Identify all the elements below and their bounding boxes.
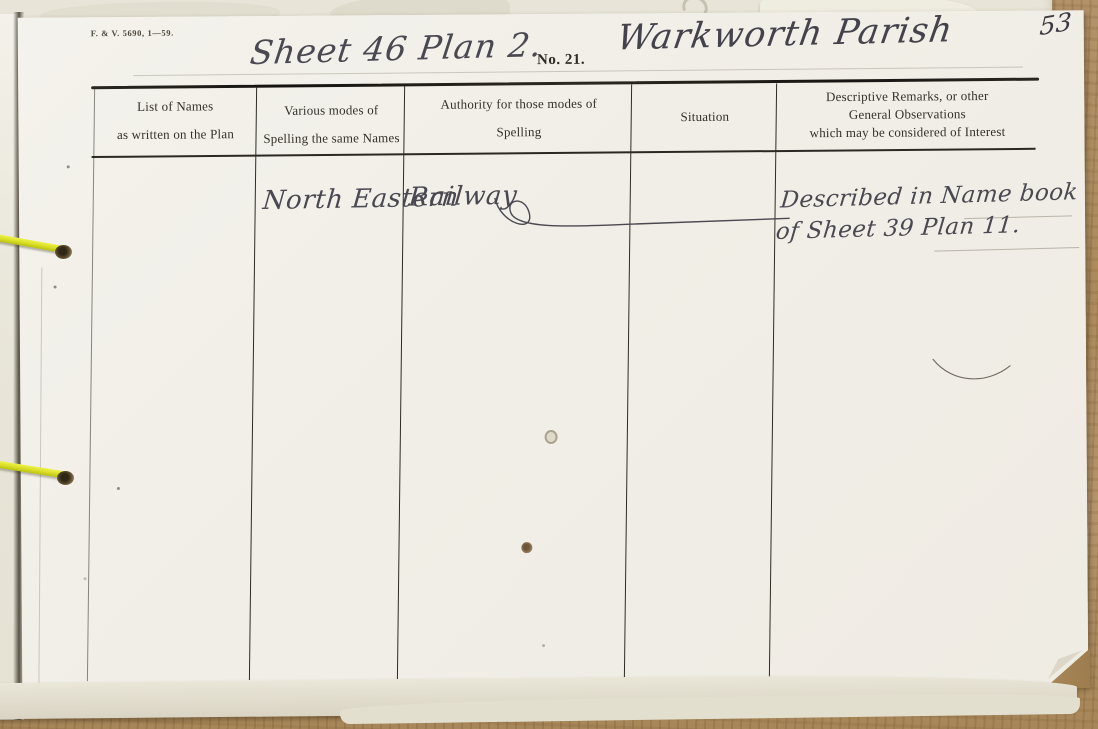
pencil-guide-line [934,247,1079,252]
punch-hole-bottom [57,471,74,485]
column-header-situation: Situation [633,108,776,125]
column-header-remarks-line2: General Observations [778,106,1036,124]
pen-flourish-line [471,180,793,244]
table-left-border [87,88,95,681]
ink-speck [84,577,87,580]
table-header-rule [92,148,1036,158]
stray-pen-mark [930,351,1016,394]
column-divider-3 [624,84,632,677]
foxing-spot [521,542,532,553]
column-divider-2 [397,86,405,679]
foxing-spot [545,430,558,444]
paper-crease [38,268,42,688]
column-divider-1 [249,87,257,680]
main-sheet: F. & V. 5690, 1—59. Sheet 46 Plan 2. No.… [18,10,1089,693]
form-code: F. & V. 5690, 1—59. [91,28,174,39]
table-top-rule [91,78,1039,90]
ink-speck [117,487,120,490]
column-header-spellings-line1: Various modes of [258,102,404,119]
column-header-authority-line1: Authority for those modes of [406,95,631,113]
column-header-names-line1: List of Names [94,98,256,115]
column-header-authority-line2: Spelling [406,123,631,141]
parish-title: Warkworth Parish [614,10,956,58]
ink-speck [54,285,57,288]
page-number: 53 [1039,7,1072,41]
sheet-plan-title: Sheet 46 Plan 2. [248,25,545,72]
column-divider-4 [769,83,777,676]
scanned-document-photo: F. & V. 5690, 1—59. Sheet 46 Plan 2. No.… [0,0,1098,729]
record-number: No. 21. [537,52,585,69]
ink-speck [542,644,545,647]
entry-remarks-line1: Described in Name book [779,179,1079,213]
ink-speck [67,165,70,168]
column-header-remarks-line3: which may be considered of Interest [778,124,1036,142]
column-header-spellings-line2: Spelling the same Names [258,130,404,147]
column-header-names-line2: as written on the Plan [94,126,256,143]
punch-hole-top [55,245,72,259]
column-header-remarks-line1: Descriptive Remarks, or other [778,88,1036,106]
